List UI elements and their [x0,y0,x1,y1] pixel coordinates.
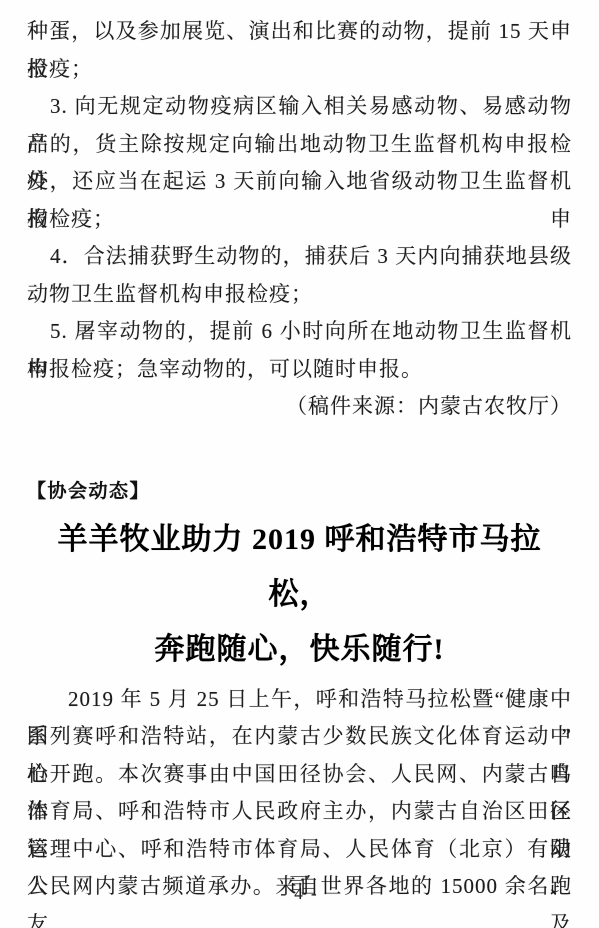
text-line: 管理中心、呼和浩特市体育局、人民体育（北京）有限公司、 [27,831,572,869]
page-number-footer: - 4 - [0,884,599,904]
text-line: 检疫； [27,51,572,89]
text-line: 5. 屠宰动物的，提前 6 小时向所在地动物卫生监督机构 [27,313,572,351]
text-line: 体育局、呼和浩特市人民政府主办，内蒙古自治区田径运动 [27,793,572,831]
document-page: 种蛋，以及参加展览、演出和比赛的动物，提前 15 天申报 检疫； 3. 向无规定… [0,0,599,928]
text-line: 4．合法捕获野生动物的，捕获后 3 天内向捕获地县级 [27,238,572,276]
text-line: 枪开跑。本次赛事由中国田径协会、人民网、内蒙古自治区 [27,756,572,794]
text-line: 2019 年 5 月 25 日上午，呼和浩特马拉松暨“健康中国” [27,681,572,719]
text-line: 外，还应当在起运 3 天前向输入地省级动物卫生监督机构申 [27,163,572,201]
text-line: 品的，货主除按规定向输出地动物卫生监督机构申报检疫 [27,126,572,164]
source-attribution-line: （稿件来源：内蒙古农牧厅） [27,388,572,426]
text-line: 3. 向无规定动物疫病区输入相关易感动物、易感动物产 [27,88,572,126]
text-line: 系列赛呼和浩特站，在内蒙古少数民族文化体育运动中心鸣 [27,718,572,756]
article-title-line-1: 羊羊牧业助力 2019 呼和浩特市马拉松， [27,512,572,622]
page-content: 种蛋，以及参加展览、演出和比赛的动物，提前 15 天申报 检疫； 3. 向无规定… [0,0,599,906]
article-body: 2019 年 5 月 25 日上午，呼和浩特马拉松暨“健康中国” 系列赛呼和浩特… [27,681,572,906]
text-line: 申报检疫；急宰动物的，可以随时申报。 [27,351,572,389]
article-title-line-2: 奔跑随心，快乐随行! [27,622,572,677]
article-title: 羊羊牧业助力 2019 呼和浩特市马拉松， 奔跑随心，快乐随行! [27,512,572,677]
text-line: 动物卫生监督机构申报检疫； [27,276,572,314]
quarantine-rules-paragraphs: 种蛋，以及参加展览、演出和比赛的动物，提前 15 天申报 检疫； 3. 向无规定… [27,13,572,426]
section-label-association-news: 【协会动态】 [27,478,572,506]
text-line: 种蛋，以及参加展览、演出和比赛的动物，提前 15 天申报 [27,13,572,51]
